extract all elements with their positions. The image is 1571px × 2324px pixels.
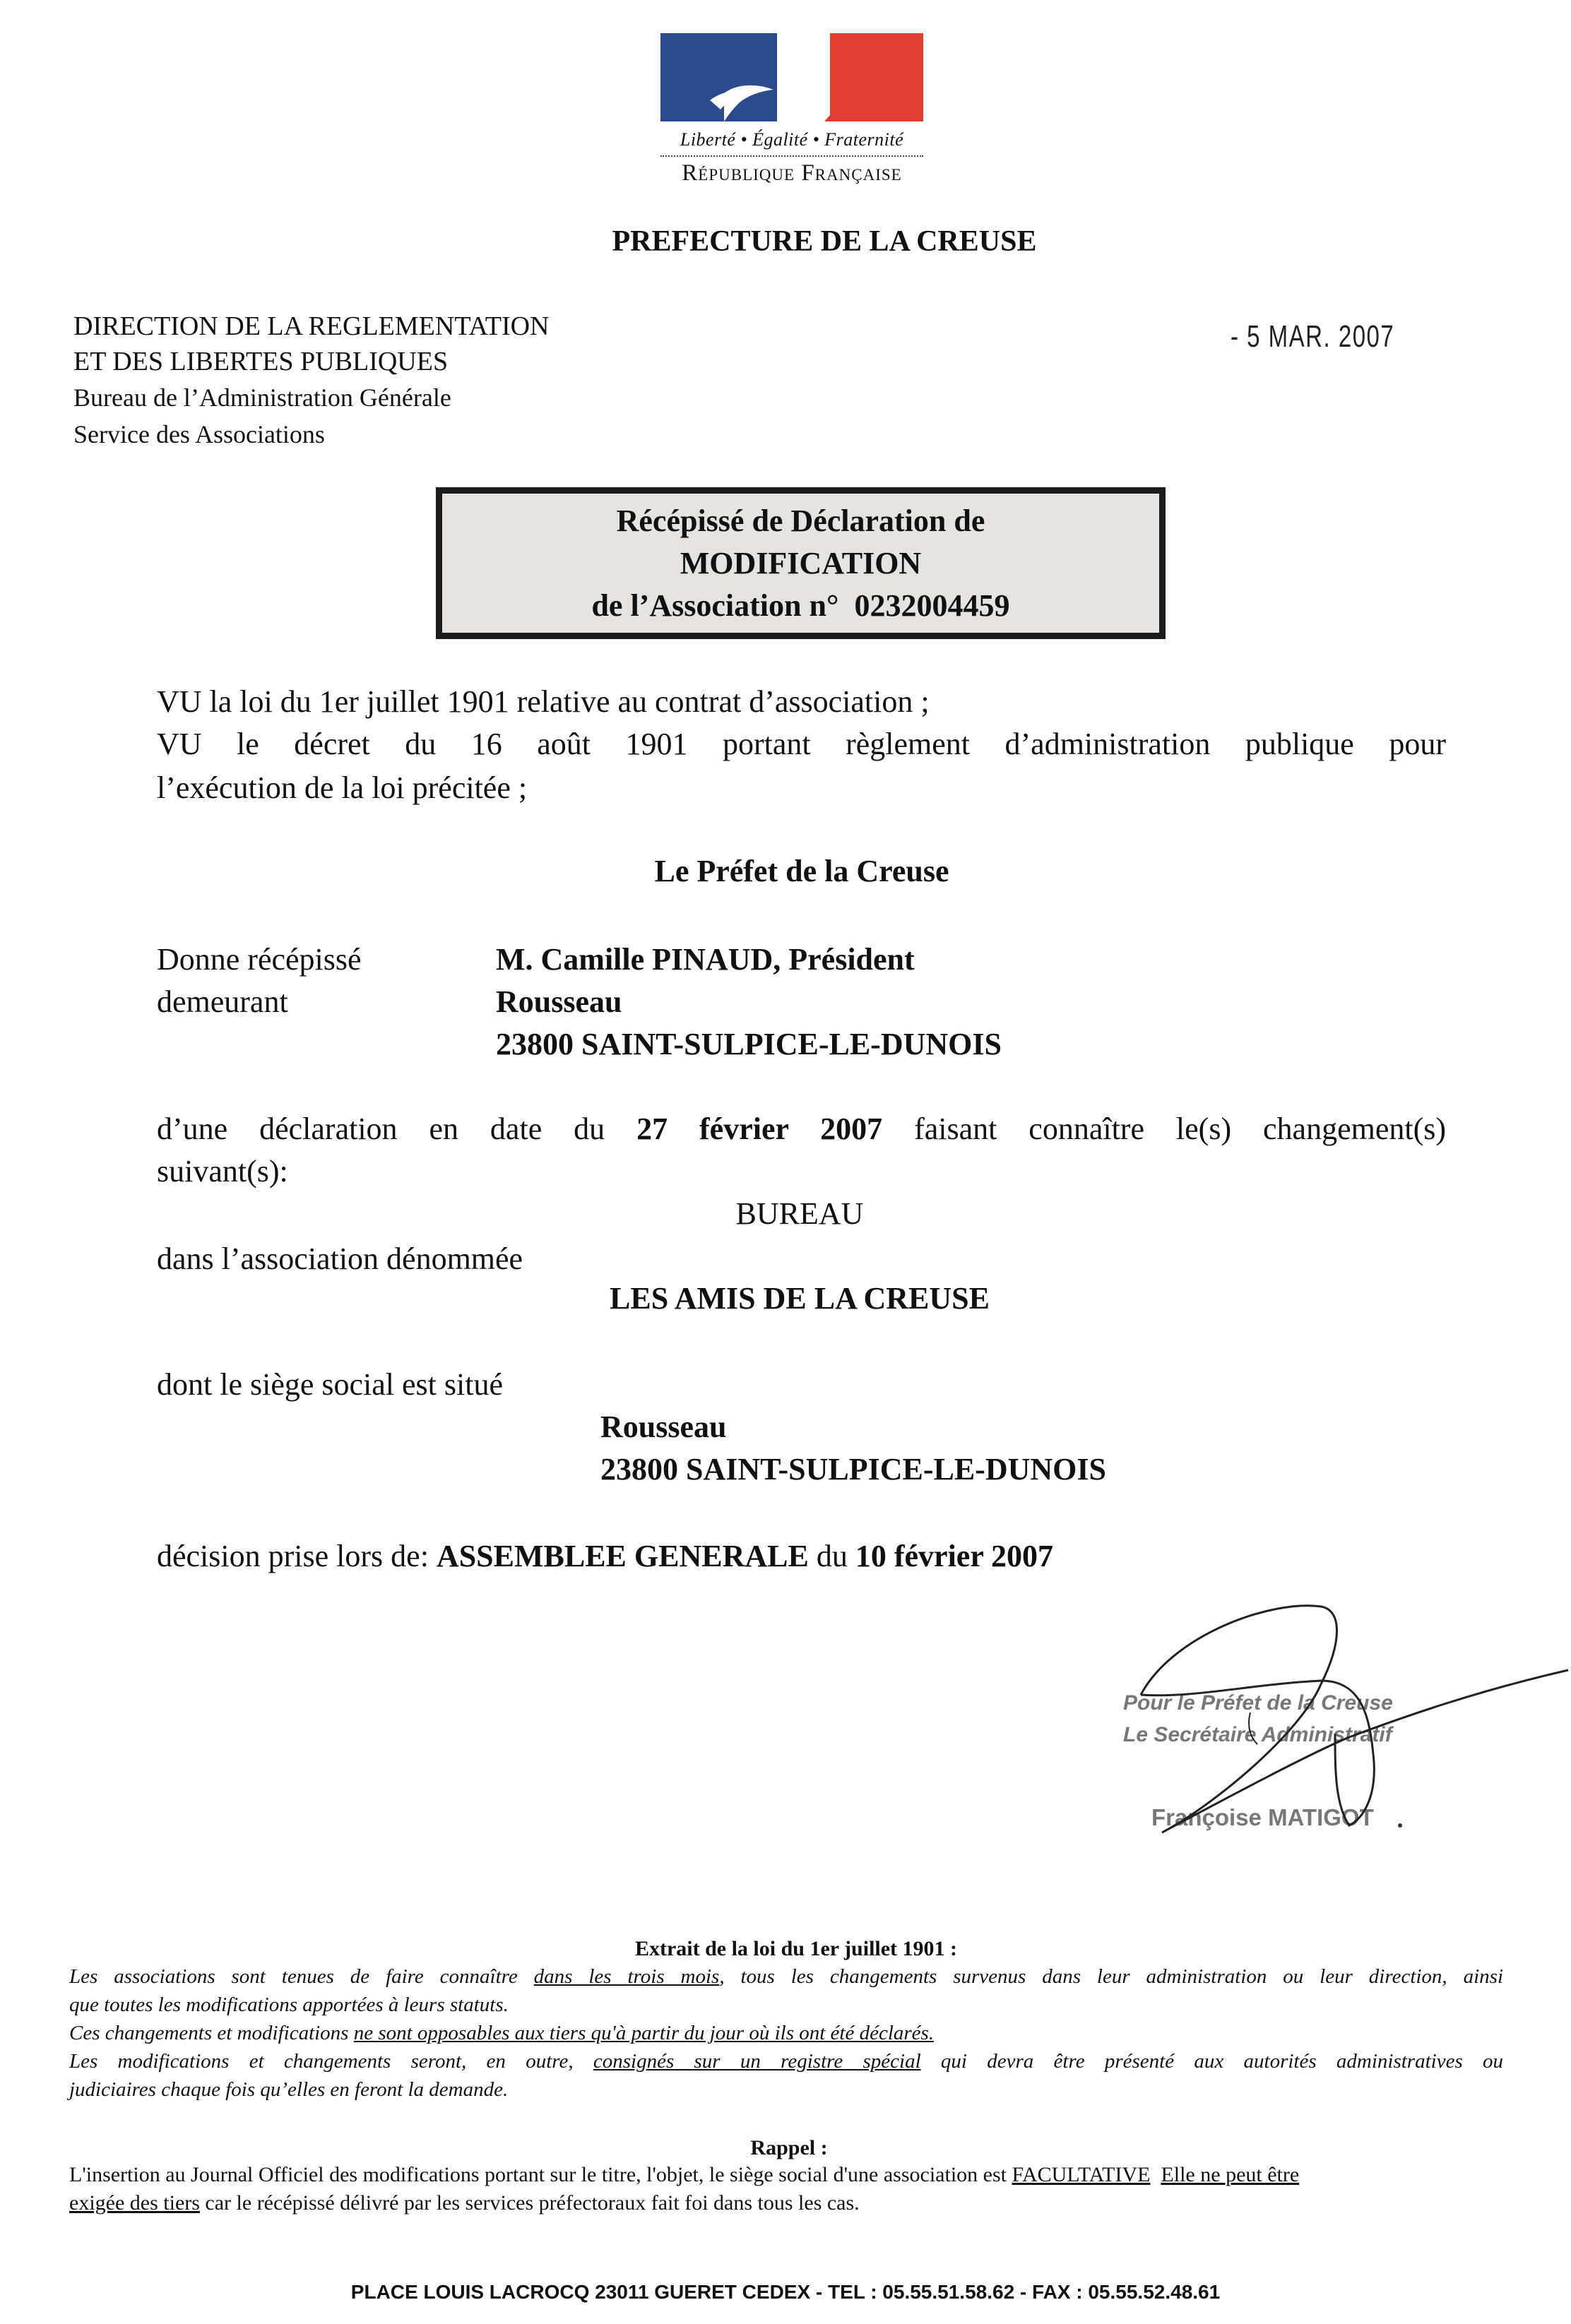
extract-p3-underlined: consignés sur un registre spécial (593, 2050, 921, 2073)
extract-paragraph-3: Les modifications et changements seront,… (69, 2050, 1503, 2073)
marianne-logo: Liberté • Égalité • Fraternité Républiqu… (653, 32, 929, 201)
extract-paragraph-3-line-2: judiciaires chaque fois qu’elles en fero… (69, 2078, 1503, 2102)
reminder-l2-underlined: exigée des tiers (69, 2191, 200, 2215)
seat-label: dont le siège social est situé (157, 1366, 503, 1402)
recipient-name: M. Camille PINAUD, Président (496, 941, 915, 977)
title-line-3: de l’Association n° 0232004459 (591, 585, 1009, 627)
receipt-title-box: Récépissé de Déclaration de MODIFICATION… (436, 487, 1166, 639)
direction-line-2: ET DES LIBERTES PUBLIQUES (73, 346, 448, 377)
decision-prefix: décision prise lors de: (157, 1539, 429, 1573)
reminder-l1-a: L'insertion au Journal Officiel des modi… (69, 2163, 1012, 2186)
extract-title: Extrait de la loi du 1er juillet 1901 : (0, 1937, 1571, 1961)
recipient-address-1: Rousseau (496, 984, 622, 1020)
preamble-line-1: VU la loi du 1er juillet 1901 relative a… (157, 684, 930, 720)
reminder-facultative: FACULTATIVE (1012, 2163, 1151, 2186)
declaration-prefix: d’une déclaration en date du (157, 1112, 605, 1146)
extract-paragraph-2: Ces changements et modifications ne sont… (69, 2022, 1503, 2045)
decision-date: 10 février 2007 (855, 1539, 1053, 1573)
declaration-date: 27 février 2007 (636, 1112, 882, 1146)
declaration-line-2: suivant(s): (157, 1153, 288, 1189)
extract-p2-underlined: ne sont opposables aux tiers qu'à partir… (354, 2022, 934, 2044)
title-association-label: de l’Association n° (591, 588, 838, 623)
declaration-suffix: faisant connaître le(s) changement(s) (914, 1112, 1446, 1146)
marianne-flag-icon (660, 33, 923, 121)
recipient-address-2: 23800 SAINT-SULPICE-LE-DUNOIS (496, 1026, 1002, 1062)
extract-p1-underlined: dans les trois mois (534, 1965, 720, 1988)
extract-p1-b: , tous les changements survenus dans leu… (719, 1965, 1503, 1988)
decision-body: ASSEMBLEE GENERALE (437, 1539, 809, 1573)
handwritten-signature-icon (1109, 1592, 1571, 1875)
reminder-title: Rappel : (0, 2136, 1571, 2160)
prefecture-heading: PREFECTURE DE LA CREUSE (0, 225, 1571, 258)
decision-middle: du (817, 1539, 848, 1573)
signature-block: Pour le Préfet de la Creuse Le Secrétair… (1109, 1592, 1571, 1875)
extract-paragraph-1: Les associations sont tenues de faire co… (69, 1965, 1503, 1989)
service-line: Service des Associations (73, 419, 325, 449)
preamble-line-3: l’exécution de la loi précitée ; (157, 770, 527, 806)
seat-address-2: 23800 SAINT-SULPICE-LE-DUNOIS (600, 1451, 1106, 1487)
extract-p3-b: qui devra être présenté aux autorités ad… (921, 2050, 1503, 2073)
direction-line-1: DIRECTION DE LA REGLEMENTATION (73, 311, 549, 342)
change-type: BUREAU (0, 1196, 1571, 1232)
motto-divider (660, 155, 923, 157)
bureau-line: Bureau de l’Administration Générale (73, 383, 451, 412)
reminder-l2-b: car le récépissé délivré par les service… (200, 2191, 860, 2215)
declaration-line: d’une déclaration en date du 27 février … (157, 1111, 1446, 1147)
footer-address: PLACE LOUIS LACROCQ 23011 GUERET CEDEX -… (0, 2281, 1571, 2304)
reminder-line-2: exigée des tiers car le récépissé délivr… (69, 2191, 1461, 2215)
authority-heading: Le Préfet de la Creuse (0, 853, 1571, 889)
extract-p2-a: Ces changements et modifications (69, 2022, 354, 2044)
decision-line: décision prise lors de: ASSEMBLEE GENERA… (157, 1538, 1053, 1574)
association-name: LES AMIS DE LA CREUSE (0, 1280, 1571, 1316)
receipt-label: Donne récépissé (157, 941, 362, 977)
reminder-line-1: L'insertion au Journal Officiel des modi… (69, 2163, 1461, 2187)
date-stamp: - 5 MAR. 2007 (1231, 319, 1394, 354)
motto: Liberté • Égalité • Fraternité (660, 129, 923, 150)
extract-paragraph-1-line-2: que toutes les modifications apportées à… (69, 1994, 1503, 2017)
reminder-l1-underlined: Elle ne peut être (1161, 2163, 1299, 2186)
preamble-line-2: VU le décret du 16 août 1901 portant règ… (157, 726, 1446, 762)
residing-label: demeurant (157, 984, 288, 1020)
title-line-2: MODIFICATION (680, 542, 921, 585)
association-number: 0232004459 (855, 588, 1010, 623)
extract-p3-a: Les modifications et changements seront,… (69, 2050, 593, 2073)
extract-p1-a: Les associations sont tenues de faire co… (69, 1965, 534, 1988)
association-label: dans l’association dénommée (157, 1241, 523, 1277)
republic-label: République Française (660, 160, 923, 186)
title-line-1: Récépissé de Déclaration de (617, 500, 985, 542)
seat-address-1: Rousseau (600, 1409, 727, 1445)
